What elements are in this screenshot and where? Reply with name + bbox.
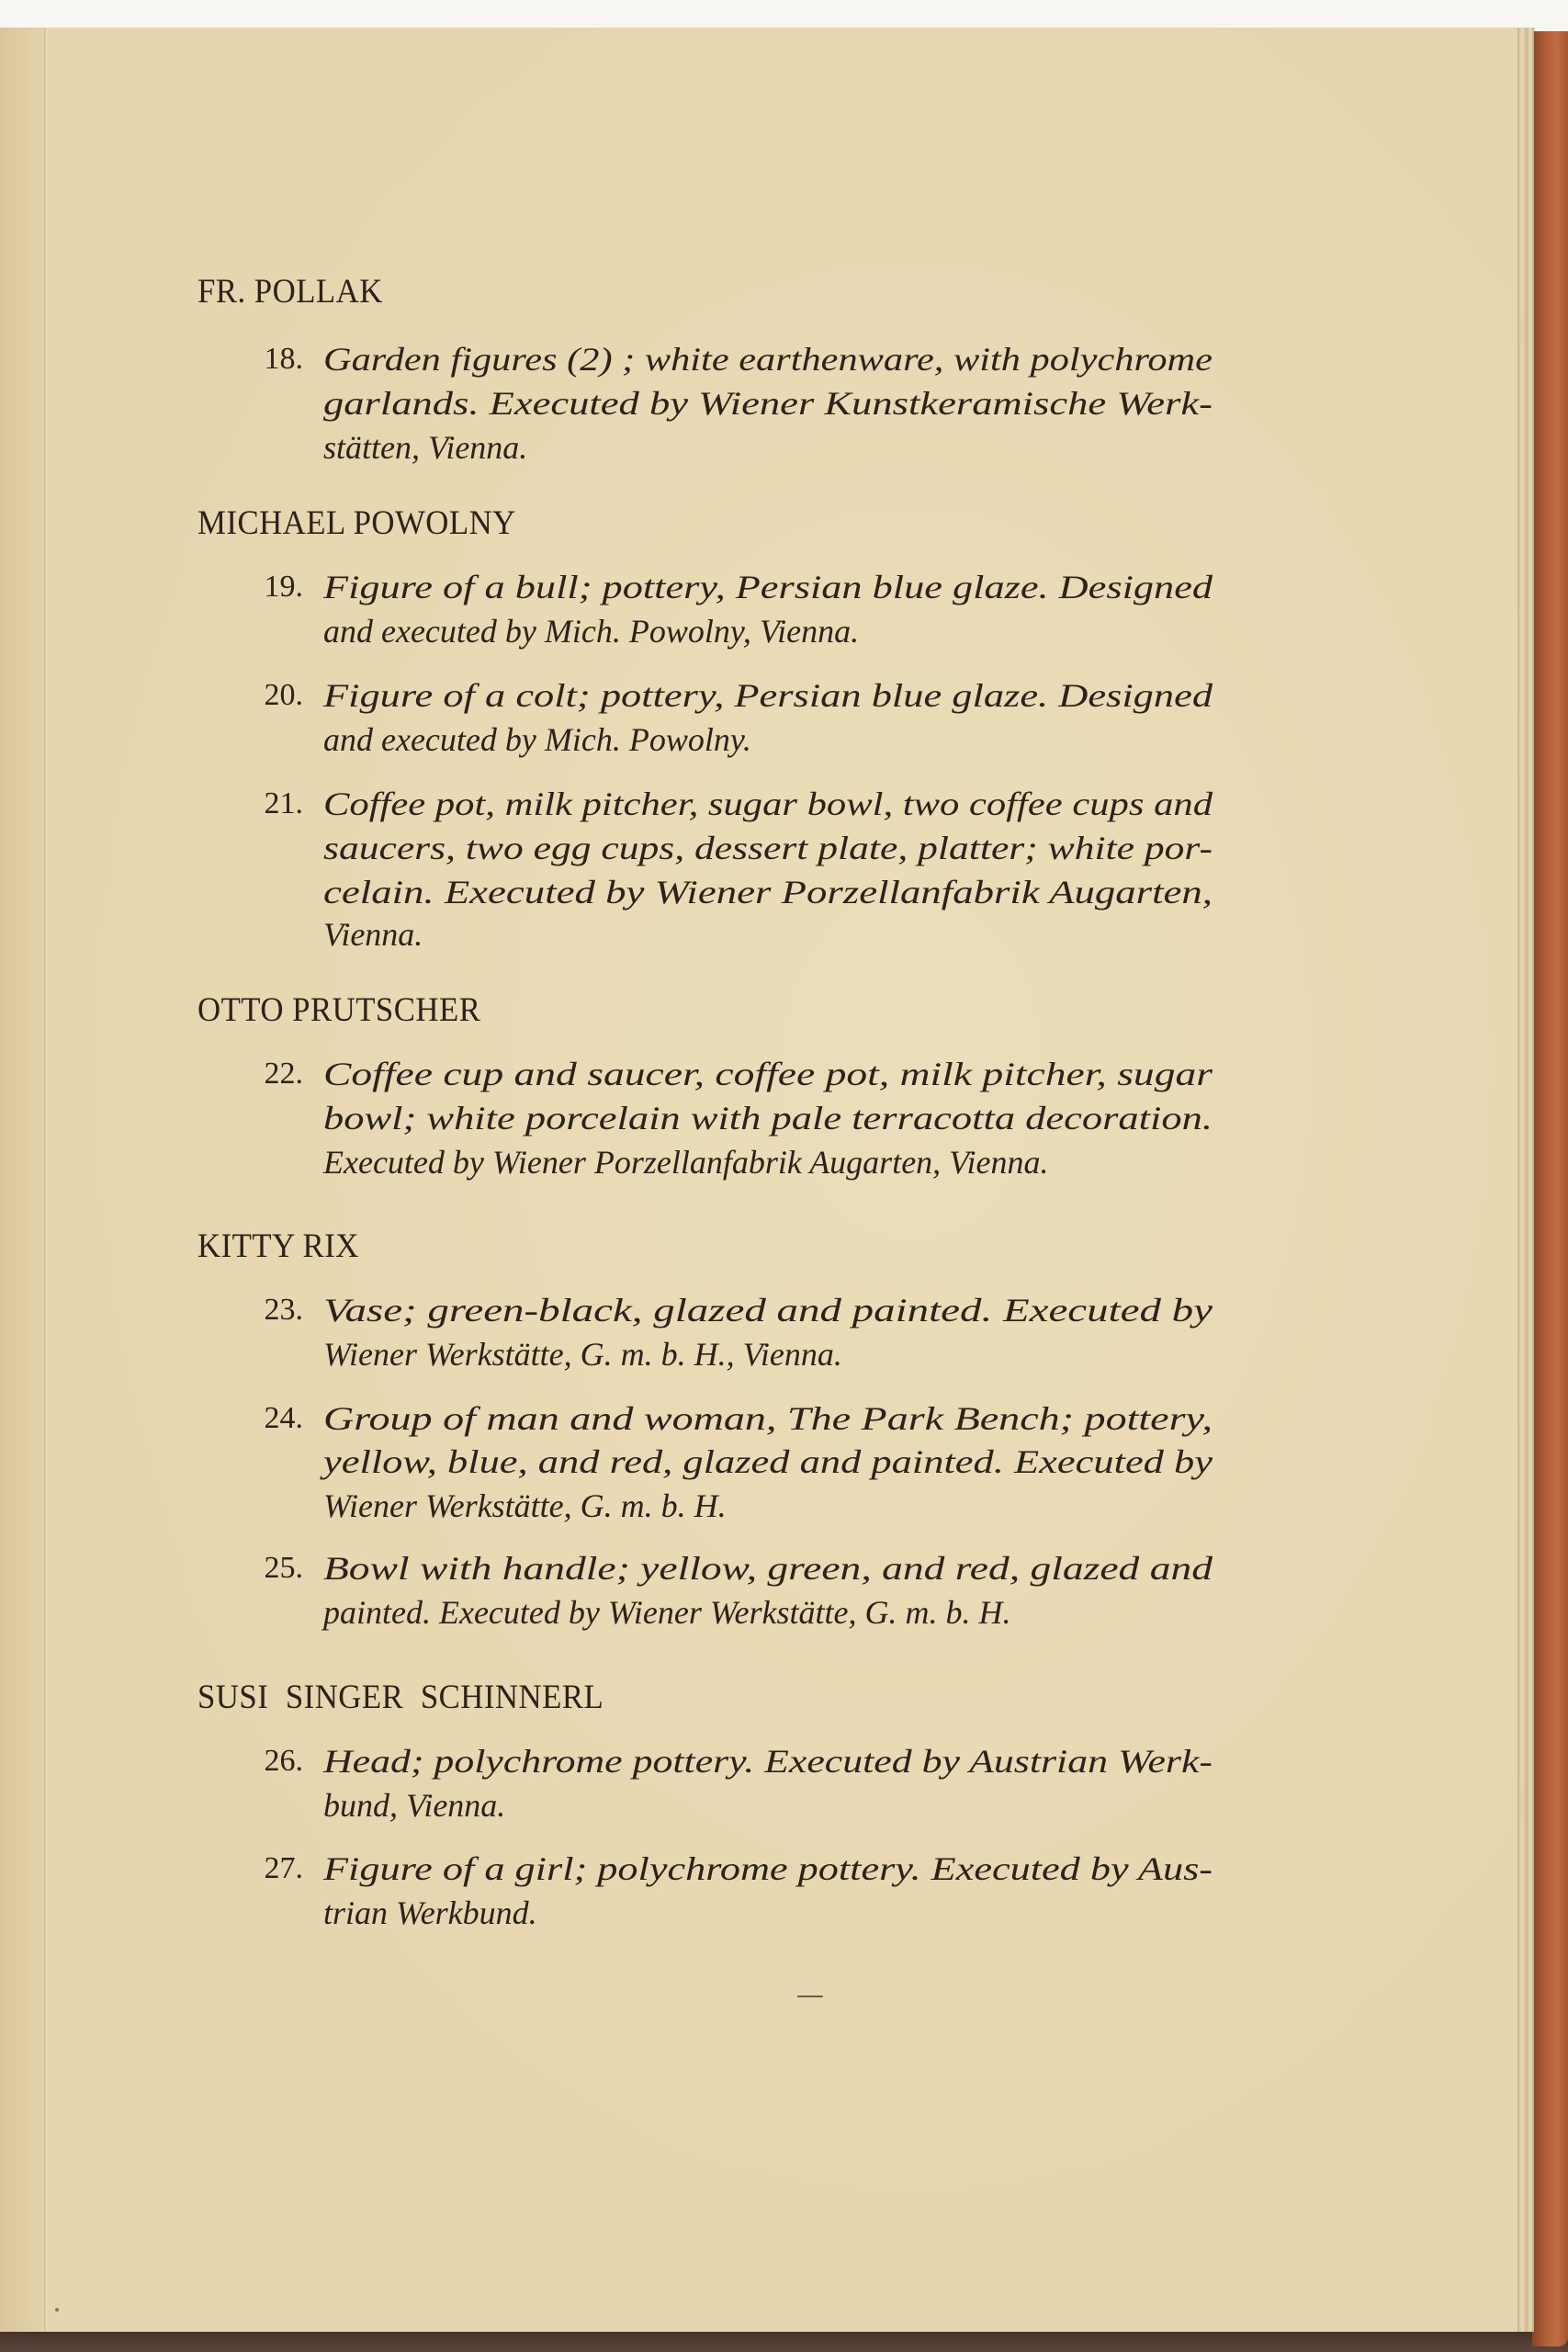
item-text-line: stätten, Vienna.: [323, 428, 527, 467]
gutter-crease: [44, 28, 47, 2332]
page-mark-dash: [797, 1996, 823, 1997]
item-text-line: and executed by Mich. Powolny, Vienna.: [323, 612, 859, 650]
item-number: 23.: [184, 1293, 303, 1328]
paper-speck: [55, 2308, 59, 2312]
item-text-line: Coffee pot, milk pitcher, sugar bowl, tw…: [323, 785, 1213, 823]
item-text-line: garlands. Executed by Wiener Kunstkerami…: [323, 384, 1213, 423]
item-text-line: bund, Vienna.: [323, 1786, 505, 1825]
item-number: 18.: [184, 342, 303, 377]
item-number: 26.: [184, 1744, 303, 1779]
artist-heading: KITTY RIX: [197, 1227, 359, 1266]
item-number: 24.: [184, 1401, 303, 1436]
item-text-line: Coffee cup and saucer, coffee pot, milk …: [323, 1055, 1213, 1093]
item-text-line: Figure of a girl; polychrome pottery. Ex…: [323, 1849, 1213, 1888]
item-text-line: Group of man and woman, The Park Bench; …: [323, 1399, 1213, 1438]
page-stack-edge: [1517, 28, 1534, 2332]
artist-heading: OTTO PRUTSCHER: [197, 990, 480, 1030]
item-text-line: celain. Executed by Wiener Porzellanfabr…: [323, 873, 1213, 911]
item-number: 22.: [184, 1057, 303, 1091]
item-number: 25.: [184, 1551, 303, 1586]
item-text-line: Garden figures (2) ; white earthenware, …: [323, 340, 1213, 379]
item-number: 21.: [184, 786, 303, 821]
item-text-line: Head; polychrome pottery. Executed by Au…: [323, 1742, 1213, 1781]
artist-heading: FR. POLLAK: [197, 272, 383, 311]
item-text-line: Vase; green-black, glazed and painted. E…: [323, 1291, 1213, 1329]
item-text-line: Wiener Werkstätte, G. m. b. H.: [323, 1487, 727, 1525]
item-number: 19.: [184, 570, 303, 605]
item-text-line: bowl; white porcelain with pale terracot…: [323, 1099, 1213, 1137]
item-text-line: Executed by Wiener Porzellanfabrik Augar…: [323, 1143, 1048, 1182]
item-text-line: and executed by Mich. Powolny.: [323, 720, 751, 759]
item-number: 27.: [184, 1851, 303, 1886]
artist-heading: SUSI SINGER SCHINNERL: [197, 1678, 604, 1717]
item-text-line: Wiener Werkstätte, G. m. b. H., Vienna.: [323, 1335, 842, 1374]
book-cover-edge: [1532, 31, 1568, 2346]
item-text-line: painted. Executed by Wiener Werkstätte, …: [323, 1593, 1010, 1632]
item-text-line: Bowl with handle; yellow, green, and red…: [323, 1549, 1213, 1588]
item-text-line: Figure of a colt; pottery, Persian blue …: [323, 676, 1213, 715]
item-text-line: yellow, blue, and red, glazed and painte…: [323, 1442, 1213, 1481]
gutter-shade: [0, 28, 44, 2332]
item-number: 20.: [184, 678, 303, 713]
item-text-line: saucers, two egg cups, dessert plate, pl…: [323, 829, 1213, 867]
item-text-line: Vienna.: [323, 915, 423, 954]
item-text-line: trian Werkbund.: [323, 1894, 537, 1932]
artist-heading: MICHAEL POWOLNY: [197, 503, 516, 543]
item-text-line: Figure of a bull; pottery, Persian blue …: [323, 568, 1213, 606]
